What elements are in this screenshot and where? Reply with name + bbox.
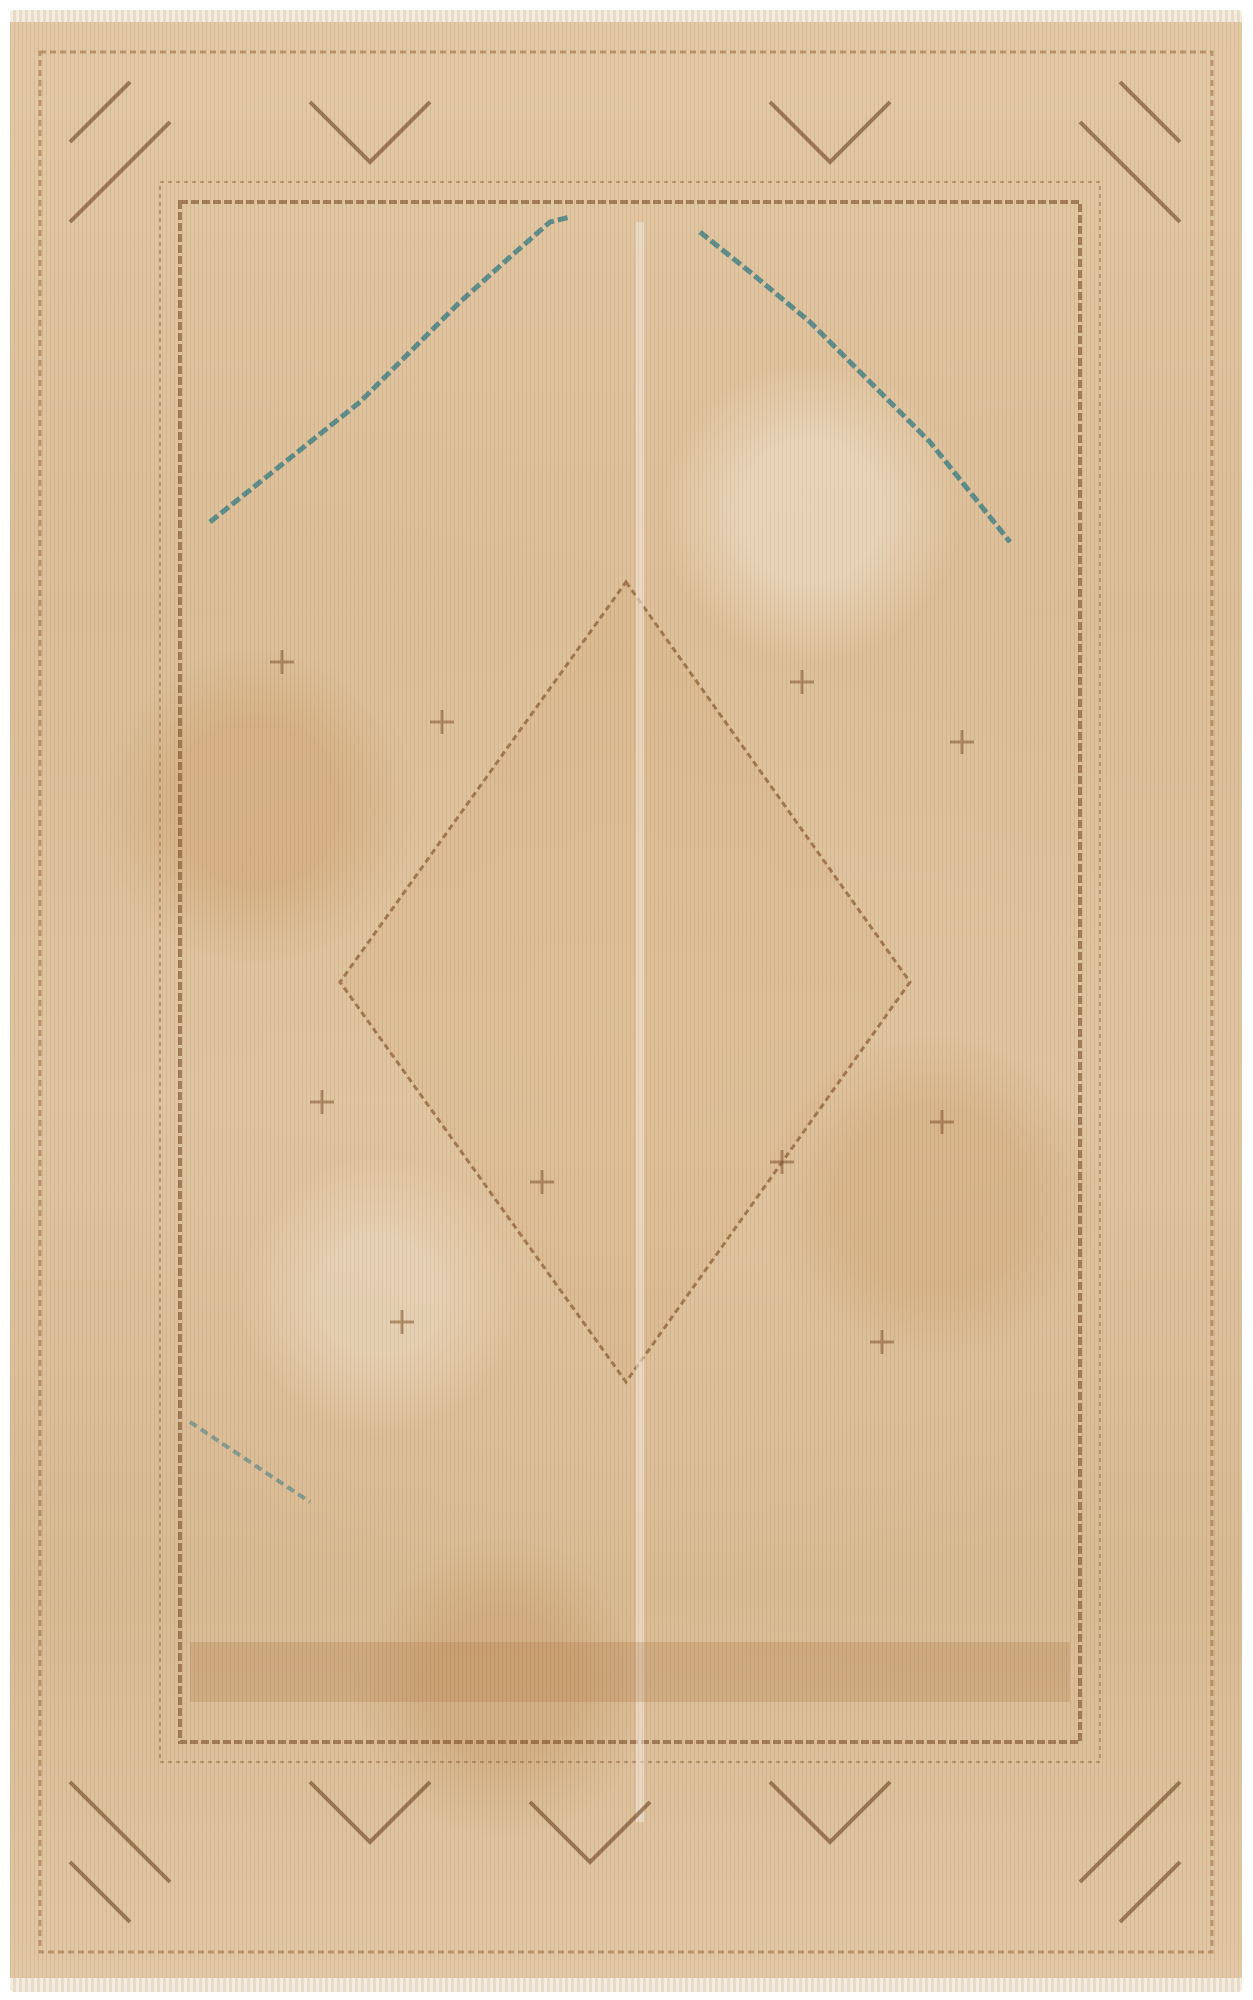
- rug-fringe-bottom: [10, 1978, 1242, 1992]
- weave-texture: [10, 22, 1242, 1982]
- rug-photo: [10, 22, 1242, 1982]
